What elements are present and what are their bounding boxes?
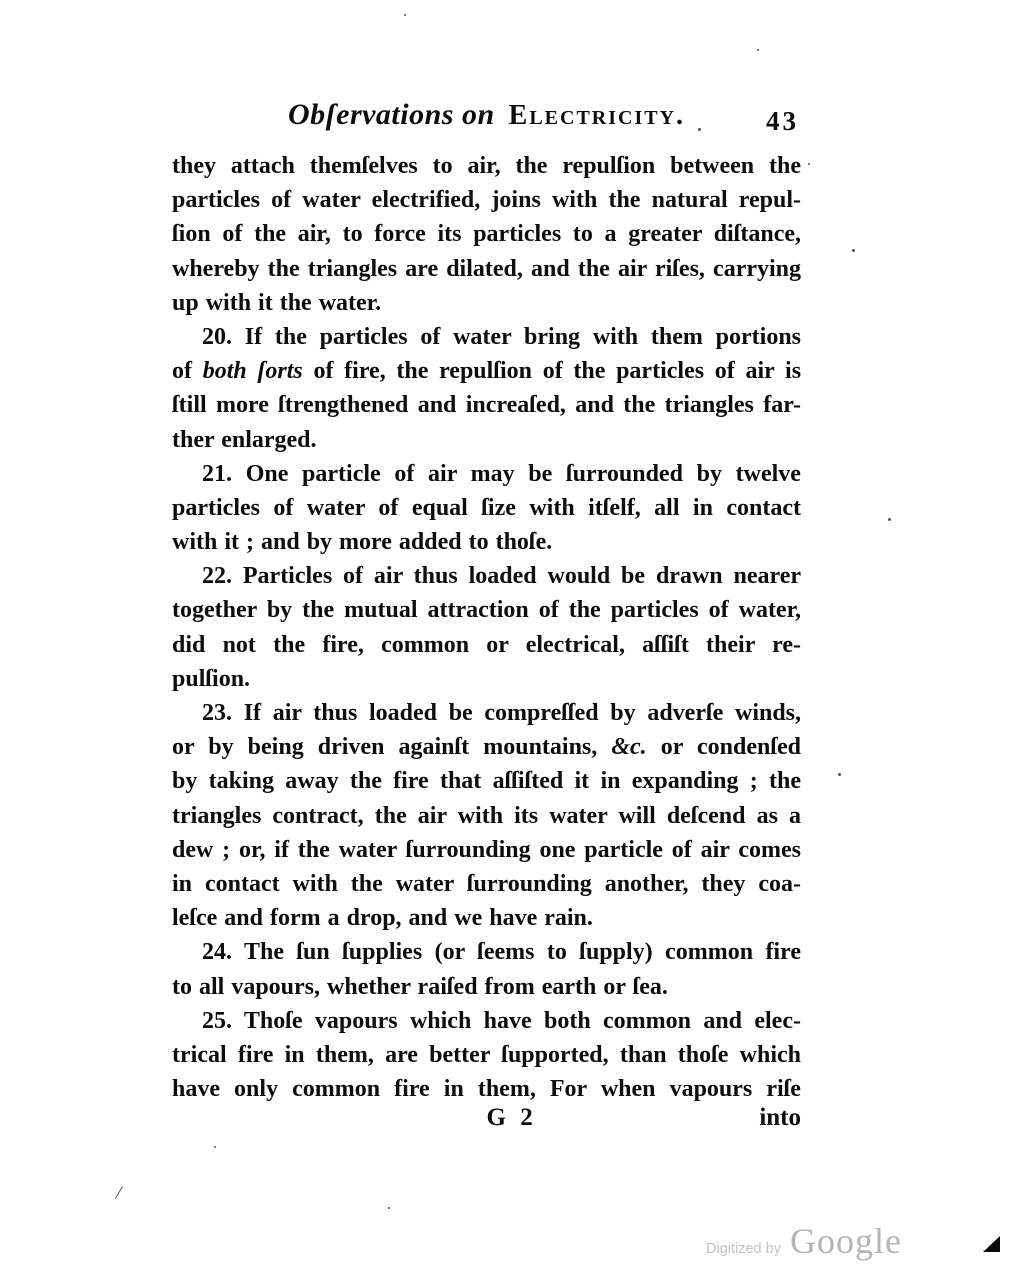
ink-speck — [852, 249, 855, 252]
ink-speck — [888, 518, 891, 521]
text-line: triangles contract, the air with its wat… — [172, 799, 801, 833]
text-line: particles of water of equal ſize with it… — [172, 491, 801, 525]
catchword: into — [759, 1100, 801, 1136]
text-line: 20. If the particles of water bring with… — [172, 320, 801, 354]
text-line: leſce and form a drop, and we have rain. — [172, 901, 801, 935]
paragraph: 20. If the particles of water bring with… — [172, 320, 801, 457]
page-number: 43 — [766, 106, 799, 137]
text-line: 22. Particles of air thus loaded would b… — [172, 559, 801, 593]
text-line: whereby the triangles are dilated, and t… — [172, 252, 801, 286]
text-line: they attach themſelves to air, the repul… — [172, 149, 801, 183]
ink-speck — [757, 49, 759, 51]
paragraph: 25. Thoſe vapours which have both common… — [172, 1004, 801, 1107]
paragraph: 21. One particle of air may be ſurrounde… — [172, 457, 801, 560]
text-line: dew ; or, if the water ſurrounding one p… — [172, 833, 801, 867]
text-line: 23. If air thus loaded be compreſſed by … — [172, 696, 801, 730]
text-line: up with it the water. — [172, 286, 801, 320]
ink-speck — [808, 163, 810, 165]
page-title: Obſervations on Electricity. — [172, 98, 801, 132]
text-line: pulſion. — [172, 662, 801, 696]
text-line: ther enlarged. — [172, 423, 801, 457]
text-line: 25. Thoſe vapours which have both common… — [172, 1004, 801, 1038]
signature-mark: G 2 — [487, 1100, 537, 1136]
google-logo: Google — [790, 1220, 902, 1262]
page-corner-artifact — [983, 1236, 1000, 1252]
ink-speck — [388, 1207, 390, 1209]
stray-pen-mark: / — [114, 1182, 124, 1206]
text-line: or by being driven againſt mountains, &c… — [172, 730, 801, 764]
signature-row: G 2 into — [172, 1100, 801, 1136]
ink-speck — [838, 773, 841, 776]
paragraph: they attach themſelves to air, the repul… — [172, 149, 801, 320]
text-line: ſtill more ſtrengthened and increaſed, a… — [172, 388, 801, 422]
text-line: by taking away the fire that aſſiſted it… — [172, 764, 801, 798]
running-header: Obſervations on Electricity. 43 — [172, 98, 801, 146]
paragraph: 24. The ſun ſupplies (or ſeems to ſupply… — [172, 935, 801, 1003]
text-line: in contact with the water ſurrounding an… — [172, 867, 801, 901]
watermark: Digitized by Google — [706, 1220, 902, 1262]
title-italic: Obſervations on — [288, 98, 495, 131]
ink-speck — [404, 14, 406, 16]
text-line: 21. One particle of air may be ſurrounde… — [172, 457, 801, 491]
paragraph: 23. If air thus loaded be compreſſed by … — [172, 696, 801, 935]
text-line: with it ; and by more added to thoſe. — [172, 525, 801, 559]
title-smallcaps: Electricity. — [509, 100, 685, 131]
digitized-by-label: Digitized by — [706, 1241, 781, 1257]
text-line: trical fire in them, are better ſupporte… — [172, 1038, 801, 1072]
paragraph: 22. Particles of air thus loaded would b… — [172, 559, 801, 696]
ink-speck — [698, 128, 701, 131]
book-page-scan: Obſervations on Electricity. 43 they att… — [0, 0, 1014, 1282]
ink-speck — [214, 1146, 216, 1148]
text-line: of both ſorts of fire, the repulſion of … — [172, 354, 801, 388]
text-line: 24. The ſun ſupplies (or ſeems to ſupply… — [172, 935, 801, 969]
body-text: they attach themſelves to air, the repul… — [172, 149, 801, 1106]
text-line: particles of water electrified, joins wi… — [172, 183, 801, 217]
text-line: did not the fire, common or electrical, … — [172, 628, 801, 662]
text-line: ſion of the air, to force its particles … — [172, 217, 801, 251]
text-line: to all vapours, whether raiſed from eart… — [172, 970, 801, 1004]
text-line: together by the mutual attraction of the… — [172, 593, 801, 627]
